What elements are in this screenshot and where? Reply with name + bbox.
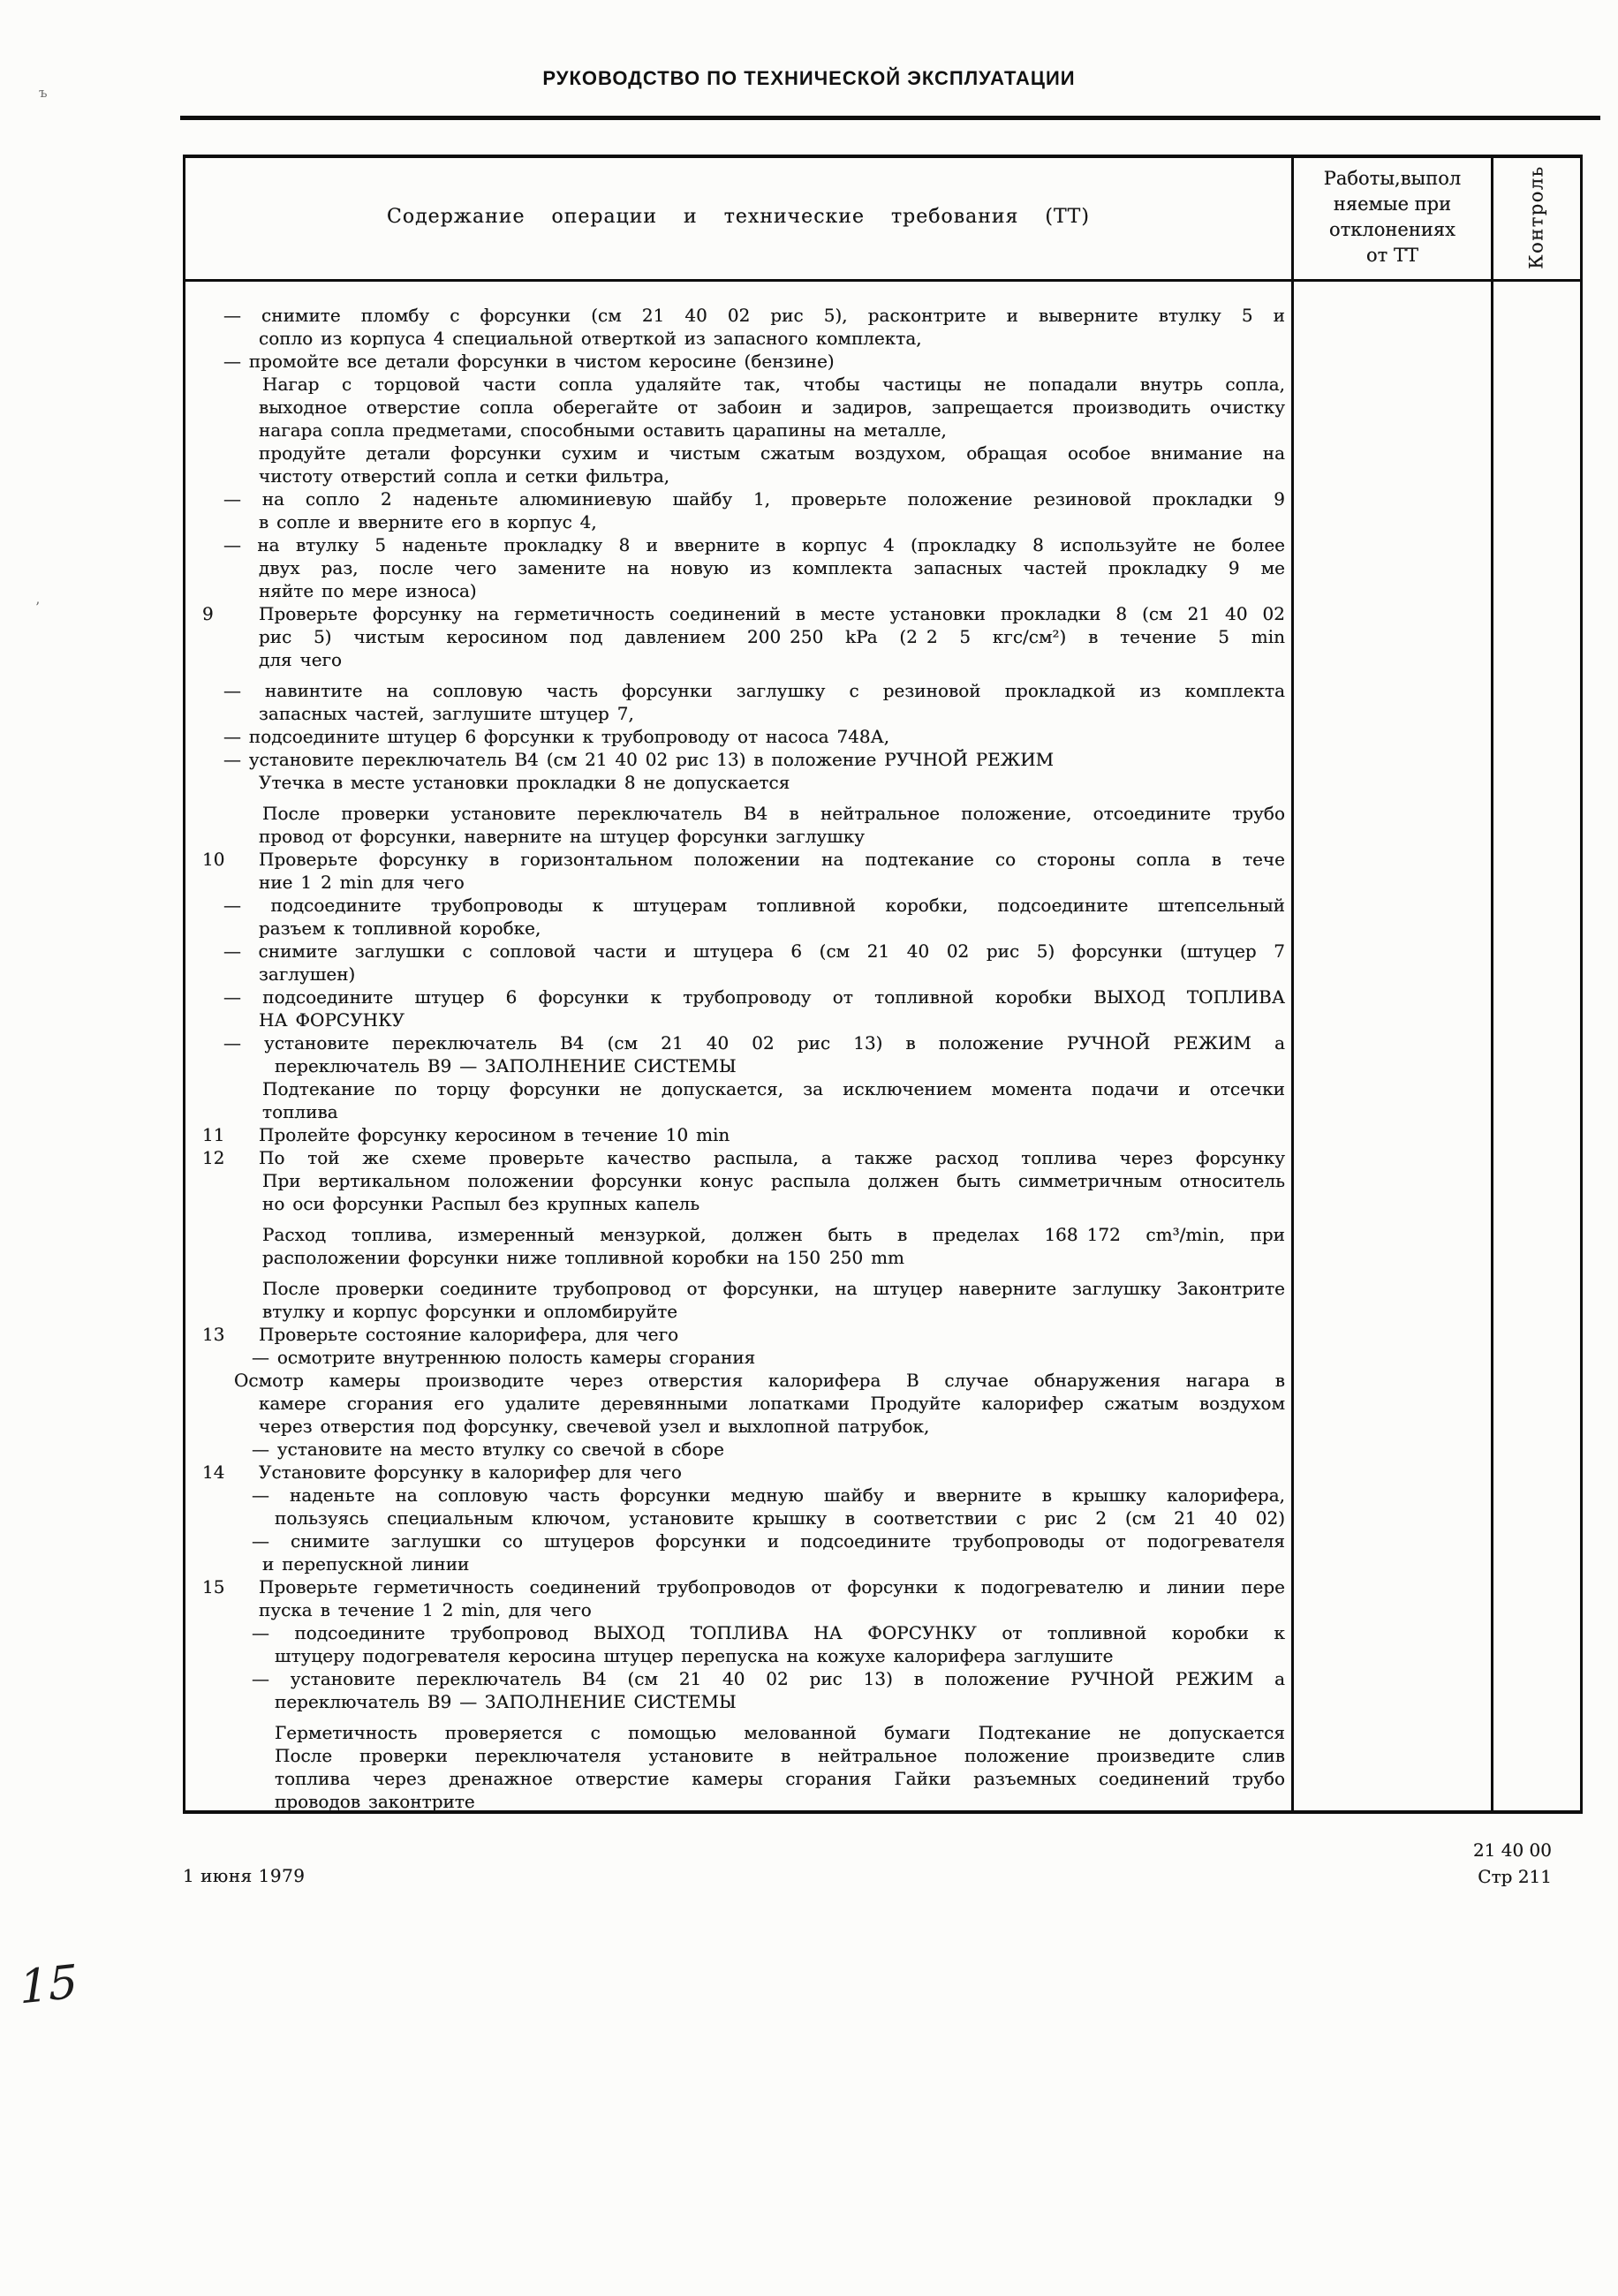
step-line: но оси форсунки Распыл без крупных капел…	[262, 1192, 1285, 1215]
col2-header-line: от ТТ	[1366, 243, 1418, 268]
step-line: — на сопло 2 наденьте алюминиевую шайбу …	[223, 487, 1285, 510]
step-line: пуска в течение 1 2 min, для чего	[259, 1598, 1285, 1621]
table-border-right	[1580, 155, 1583, 1814]
step-line: камере сгорания его удалите деревянными …	[259, 1392, 1285, 1415]
step-line: нагара сопла предметами, способными оста…	[259, 419, 1285, 442]
step-number: 11	[202, 1123, 224, 1146]
head-rule	[180, 116, 1600, 120]
col2-header-line: отклонениях	[1329, 217, 1455, 243]
step-line: 13Проверьте состояние калорифера, для че…	[259, 1323, 1285, 1346]
handwritten-mark: 15	[19, 1955, 79, 2014]
step-line: 10Проверьте форсунку в горизонтальном по…	[259, 848, 1285, 871]
step-line: — установите переключатель В4 (см 21 40 …	[252, 1667, 1285, 1690]
step-line: через отверстия под форсунку, свечевой у…	[259, 1415, 1285, 1438]
step-number: 15	[202, 1575, 224, 1598]
scanned-manual-page: ъ ’ РУКОВОДСТВО ПО ТЕХНИЧЕСКОЙ ЭКСПЛУАТА…	[0, 0, 1618, 2296]
step-line: штуцеру подогревателя керосина штуцер пе…	[275, 1644, 1285, 1667]
step-line: — подсоедините трубопровод ВЫХОД ТОПЛИВА…	[252, 1621, 1285, 1644]
step-number: 9	[202, 602, 214, 625]
step-line: запасных частей, заглушите штуцер 7,	[259, 702, 1285, 725]
col2-header-line: Работы,выпол	[1324, 166, 1461, 192]
step-line: заглушен)	[259, 963, 1285, 986]
step-line: После проверки переключателя установите …	[275, 1744, 1285, 1767]
step-line: 9Проверьте форсунку на герметичность сое…	[259, 602, 1285, 625]
scan-mark: ’	[35, 599, 40, 616]
step-line: рис 5) чистым керосином под давлением 20…	[259, 625, 1285, 648]
step-line: втулку и корпус форсунки и опломбируйте	[262, 1300, 1285, 1323]
step-line: топлива	[262, 1100, 1285, 1123]
col3-header: Контроль	[1493, 155, 1580, 279]
step-line: — подсоедините штуцер 6 форсунки к трубо…	[223, 986, 1285, 1008]
running-head: РУКОВОДСТВО ПО ТЕХНИЧЕСКОЙ ЭКСПЛУАТАЦИИ	[0, 67, 1618, 90]
step-line: продуйте детали форсунки сухим и чистым …	[259, 442, 1285, 464]
col1-header: Содержание операции и технические требов…	[185, 155, 1291, 279]
step-line: Осмотр камеры производите через отверсти…	[234, 1369, 1285, 1392]
footer-reference: 21 40 00 Стр 211	[1410, 1837, 1552, 1890]
step-line: После проверки установите переключатель …	[262, 802, 1285, 825]
step-line: — установите переключатель В4 (см 21 40 …	[223, 748, 1285, 771]
step-line: переключатель В9 — ЗАПОЛНЕНИЕ СИСТЕМЫ	[275, 1054, 1285, 1077]
step-line: ние 1 2 min для чего	[259, 871, 1285, 894]
step-line: — установите на место втулку со свечой в…	[252, 1438, 1285, 1461]
step-line: — снимите заглушки со штуцеров форсунки …	[252, 1529, 1285, 1552]
step-line: 14Установите форсунку в калорифер для че…	[259, 1461, 1285, 1484]
step-line: После проверки соедините трубопровод от …	[262, 1277, 1285, 1300]
step-line: в сопле и вверните его в корпус 4,	[259, 510, 1285, 533]
step-line: — установите переключатель В4 (см 21 40 …	[223, 1031, 1285, 1054]
step-line: 11Пролейте форсунку керосином в течение …	[259, 1123, 1285, 1146]
step-line: для чего	[259, 648, 1285, 671]
step-line: — осмотрите внутреннюю полость камеры сг…	[252, 1346, 1285, 1369]
step-number: 10	[202, 848, 224, 871]
col2-header-line: няемые при	[1334, 192, 1451, 217]
footer-date: 1 июня 1979	[183, 1865, 306, 1886]
step-line: Герметичность проверяется с помощью мело…	[275, 1721, 1285, 1744]
step-line: разъем к топливной коробке,	[259, 917, 1285, 940]
step-line: — наденьте на сопловую часть форсунки ме…	[252, 1484, 1285, 1507]
step-line: Расход топлива, измеренный мензуркой, до…	[262, 1223, 1285, 1246]
step-line: — снимите пломбу с форсунки (см 21 40 02…	[223, 304, 1285, 327]
step-line: пользуясь специальным ключом, установите…	[275, 1507, 1285, 1529]
step-line: При вертикальном положении форсунки кону…	[262, 1169, 1285, 1192]
page-number: Стр 211	[1410, 1863, 1552, 1890]
operation-steps: — снимите пломбу с форсунки (см 21 40 02…	[183, 304, 1292, 1813]
step-line: — подсоедините штуцер 6 форсунки к трубо…	[223, 725, 1285, 748]
step-line: — на втулку 5 наденьте прокладку 8 и вве…	[223, 533, 1285, 556]
step-line: Утечка в месте установки прокладки 8 не …	[259, 771, 1285, 794]
step-number: 12	[202, 1146, 224, 1169]
step-line: выходное отверстие сопла оберегайте от з…	[259, 396, 1285, 419]
table-divider-2	[1491, 155, 1493, 1814]
step-number: 13	[202, 1323, 224, 1346]
step-line: топлива через дренажное отверстие камеры…	[275, 1767, 1285, 1790]
step-line: Подтекание по торцу форсунки не допускае…	[262, 1077, 1285, 1100]
step-line: переключатель В9 — ЗАПОЛНЕНИЕ СИСТЕМЫ	[275, 1690, 1285, 1713]
col2-header: Работы,выполняемые приотклоненияхот ТТ	[1294, 155, 1491, 279]
step-line: — снимите заглушки с сопловой части и шт…	[223, 940, 1285, 963]
doc-number: 21 40 00	[1410, 1837, 1552, 1863]
step-line: чистоту отверстий сопла и сетки фильтра,	[259, 464, 1285, 487]
step-line: двух раз, после чего замените на новую и…	[259, 556, 1285, 579]
step-line: сопло из корпуса 4 специальной отверткой…	[259, 327, 1285, 350]
step-line: няйте по мере износа)	[259, 579, 1285, 602]
step-line: 12По той же схеме проверьте качество рас…	[259, 1146, 1285, 1169]
col3-header-label: Контроль	[1526, 165, 1547, 268]
step-line: — навинтите на сопловую часть форсунки з…	[223, 679, 1285, 702]
step-line: расположении форсунки ниже топливной кор…	[262, 1246, 1285, 1269]
table-header-underline	[183, 279, 1583, 282]
step-line: 15Проверьте герметичность соединений тру…	[259, 1575, 1285, 1598]
step-number: 14	[202, 1461, 224, 1484]
step-line: Нагар с торцовой части сопла удаляйте та…	[262, 373, 1285, 396]
step-line: и перепускной линии	[262, 1552, 1285, 1575]
step-line: проводов законтрите	[275, 1790, 1285, 1813]
step-line: — промойте все детали форсунки в чистом …	[223, 350, 1285, 373]
step-line: НА ФОРСУНКУ	[259, 1008, 1285, 1031]
step-line: провод от форсунки, наверните на штуцер …	[259, 825, 1285, 848]
step-line: — подсоедините трубопроводы к штуцерам т…	[223, 894, 1285, 917]
